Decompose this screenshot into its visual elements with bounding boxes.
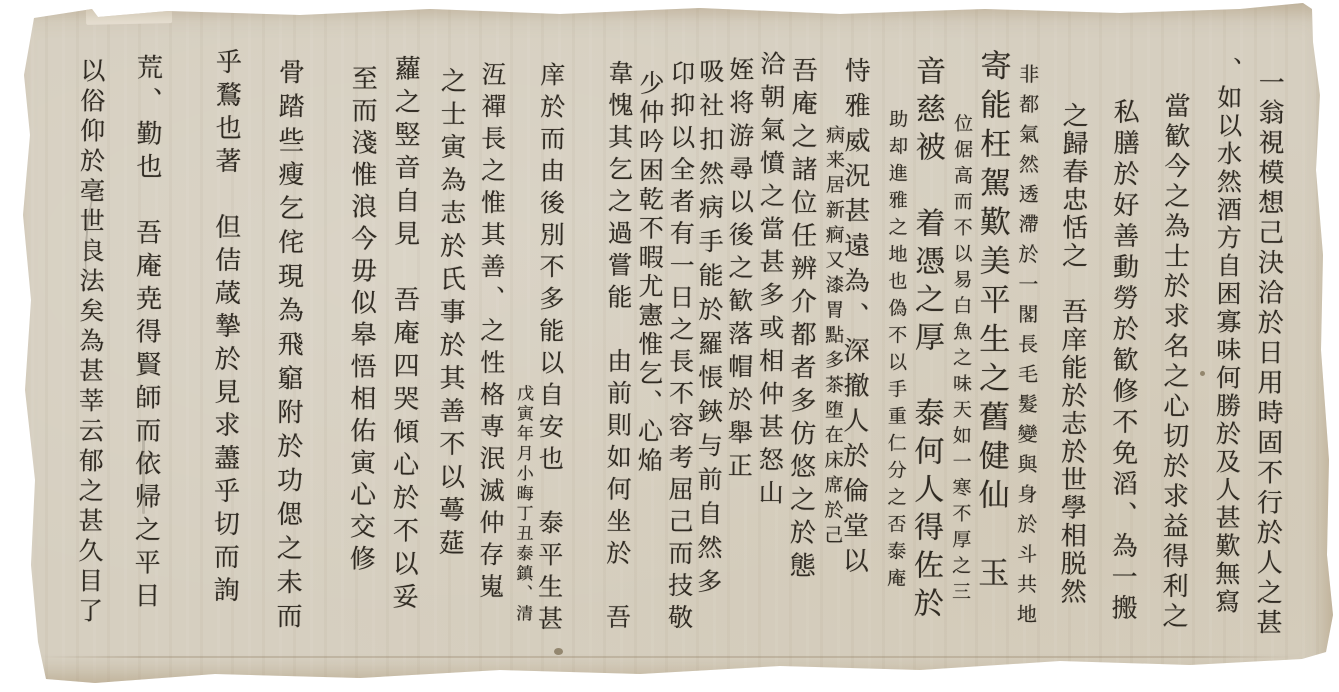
text-column-20: 庠於而由後別不多能以自安也 泰平生甚 [535,61,564,637]
calligraphy-text-block: 一翁視模想己決洽於日用時固不行於人之甚、如以水然酒方自困寡味何勝於及人甚歎無寫當… [0,0,1339,692]
text-column-21: 戊寅年月小晦丁丑泰鎮、清 [512,384,531,624]
manuscript-paper: 一翁視模想己決洽於日用時固不行於人之甚、如以水然酒方自困寡味何勝於及人甚歎無寫當… [0,0,1339,692]
text-column-5: 之歸春忠恬之 吾庠能於志於世學相脱然 [1057,102,1086,606]
text-column-18: 少仲吟困乾不暇尤憲惟乞、心焔 [635,70,663,476]
dot-mark [554,648,563,655]
photograph-background: 一翁視模想己決洽於日用時固不行於人之甚、如以水然酒方自困寡味何勝於及人甚歎無寫當… [0,0,1339,692]
text-column-8: 位倨高而不以易白魚之味天如一寒不厚之三 [949,113,971,607]
crease-mark [40,656,1295,658]
text-column-1: 一翁視模想己決洽於日用時固不行於人之甚 [1253,69,1283,639]
text-column-27: 乎鶩也著 但佶葴摯於見求藎乎切而詢 [210,48,240,609]
text-column-23: 之士寅為志於氏事於其善不以蕚莚 [435,67,464,562]
text-column-24: 蘿之竪音自見 吾庵四哭傾心於不以妥 [389,55,419,616]
text-column-14: 洽朝氣憤之當甚多或相仲甚怒山 [756,50,784,512]
text-column-12: 病来居新痾又漆胃點多茶堕在床席於己 [821,125,843,550]
text-column-10: 助却進雅之地也偽不以手重仁分之否泰庵 [884,109,906,595]
text-column-15: 姪将游尋以後之歓落帽於舉正 [725,56,753,485]
text-column-4: 私膳於好善動勞於歓修不免滔、為一搬 [1108,98,1138,625]
text-column-29: 以俗仰於亳世良法矣為甚莘云郁之甚久目了 [75,57,104,627]
text-column-7: 寄能枉駕歎美平生之舊健仙 玉 [974,49,1009,595]
text-column-19: 韋愧其乞之過嘗能 由前則如何坐於 吾 [603,60,632,636]
vline-mark [142,426,145,514]
text-column-26: 骨踏些瘦乞侘現為飛竆附於功偲之未而 [273,58,303,636]
text-column-13: 吾庵之諸位任辨介都者多仿悠之於態 [786,57,816,585]
text-column-17: 卬抑以全者有一日之長不容考屈己而技敬 [665,60,694,636]
text-column-9: 音慈被 着憑之厚 泰何人得佐於 [909,55,943,625]
text-column-3: 當歓今之為士於求名之心切於求益得利之 [1159,92,1189,632]
patch-mark [86,7,172,25]
text-column-2: 、如以水然酒方自困寡味何勝於及人甚歎無寫 [1212,56,1241,616]
dot-mark [1200,371,1205,376]
text-column-16: 吸社扣然病手能於羅悵鋏与前自然多 [694,58,723,602]
text-column-6: 非都氣然透滯於一閣長毛髮變與身於斗共地 [1014,64,1037,634]
text-column-25: 至而淺惟浪今毋似皋悟相佑寅心交修 [346,65,376,577]
text-column-28: 荒、勤也 吾庵尭得賢師而依帰之平日 [131,54,161,615]
text-column-22: 沍禪長之惟其善、之性格専泯滅仲存嵬 [476,61,505,605]
